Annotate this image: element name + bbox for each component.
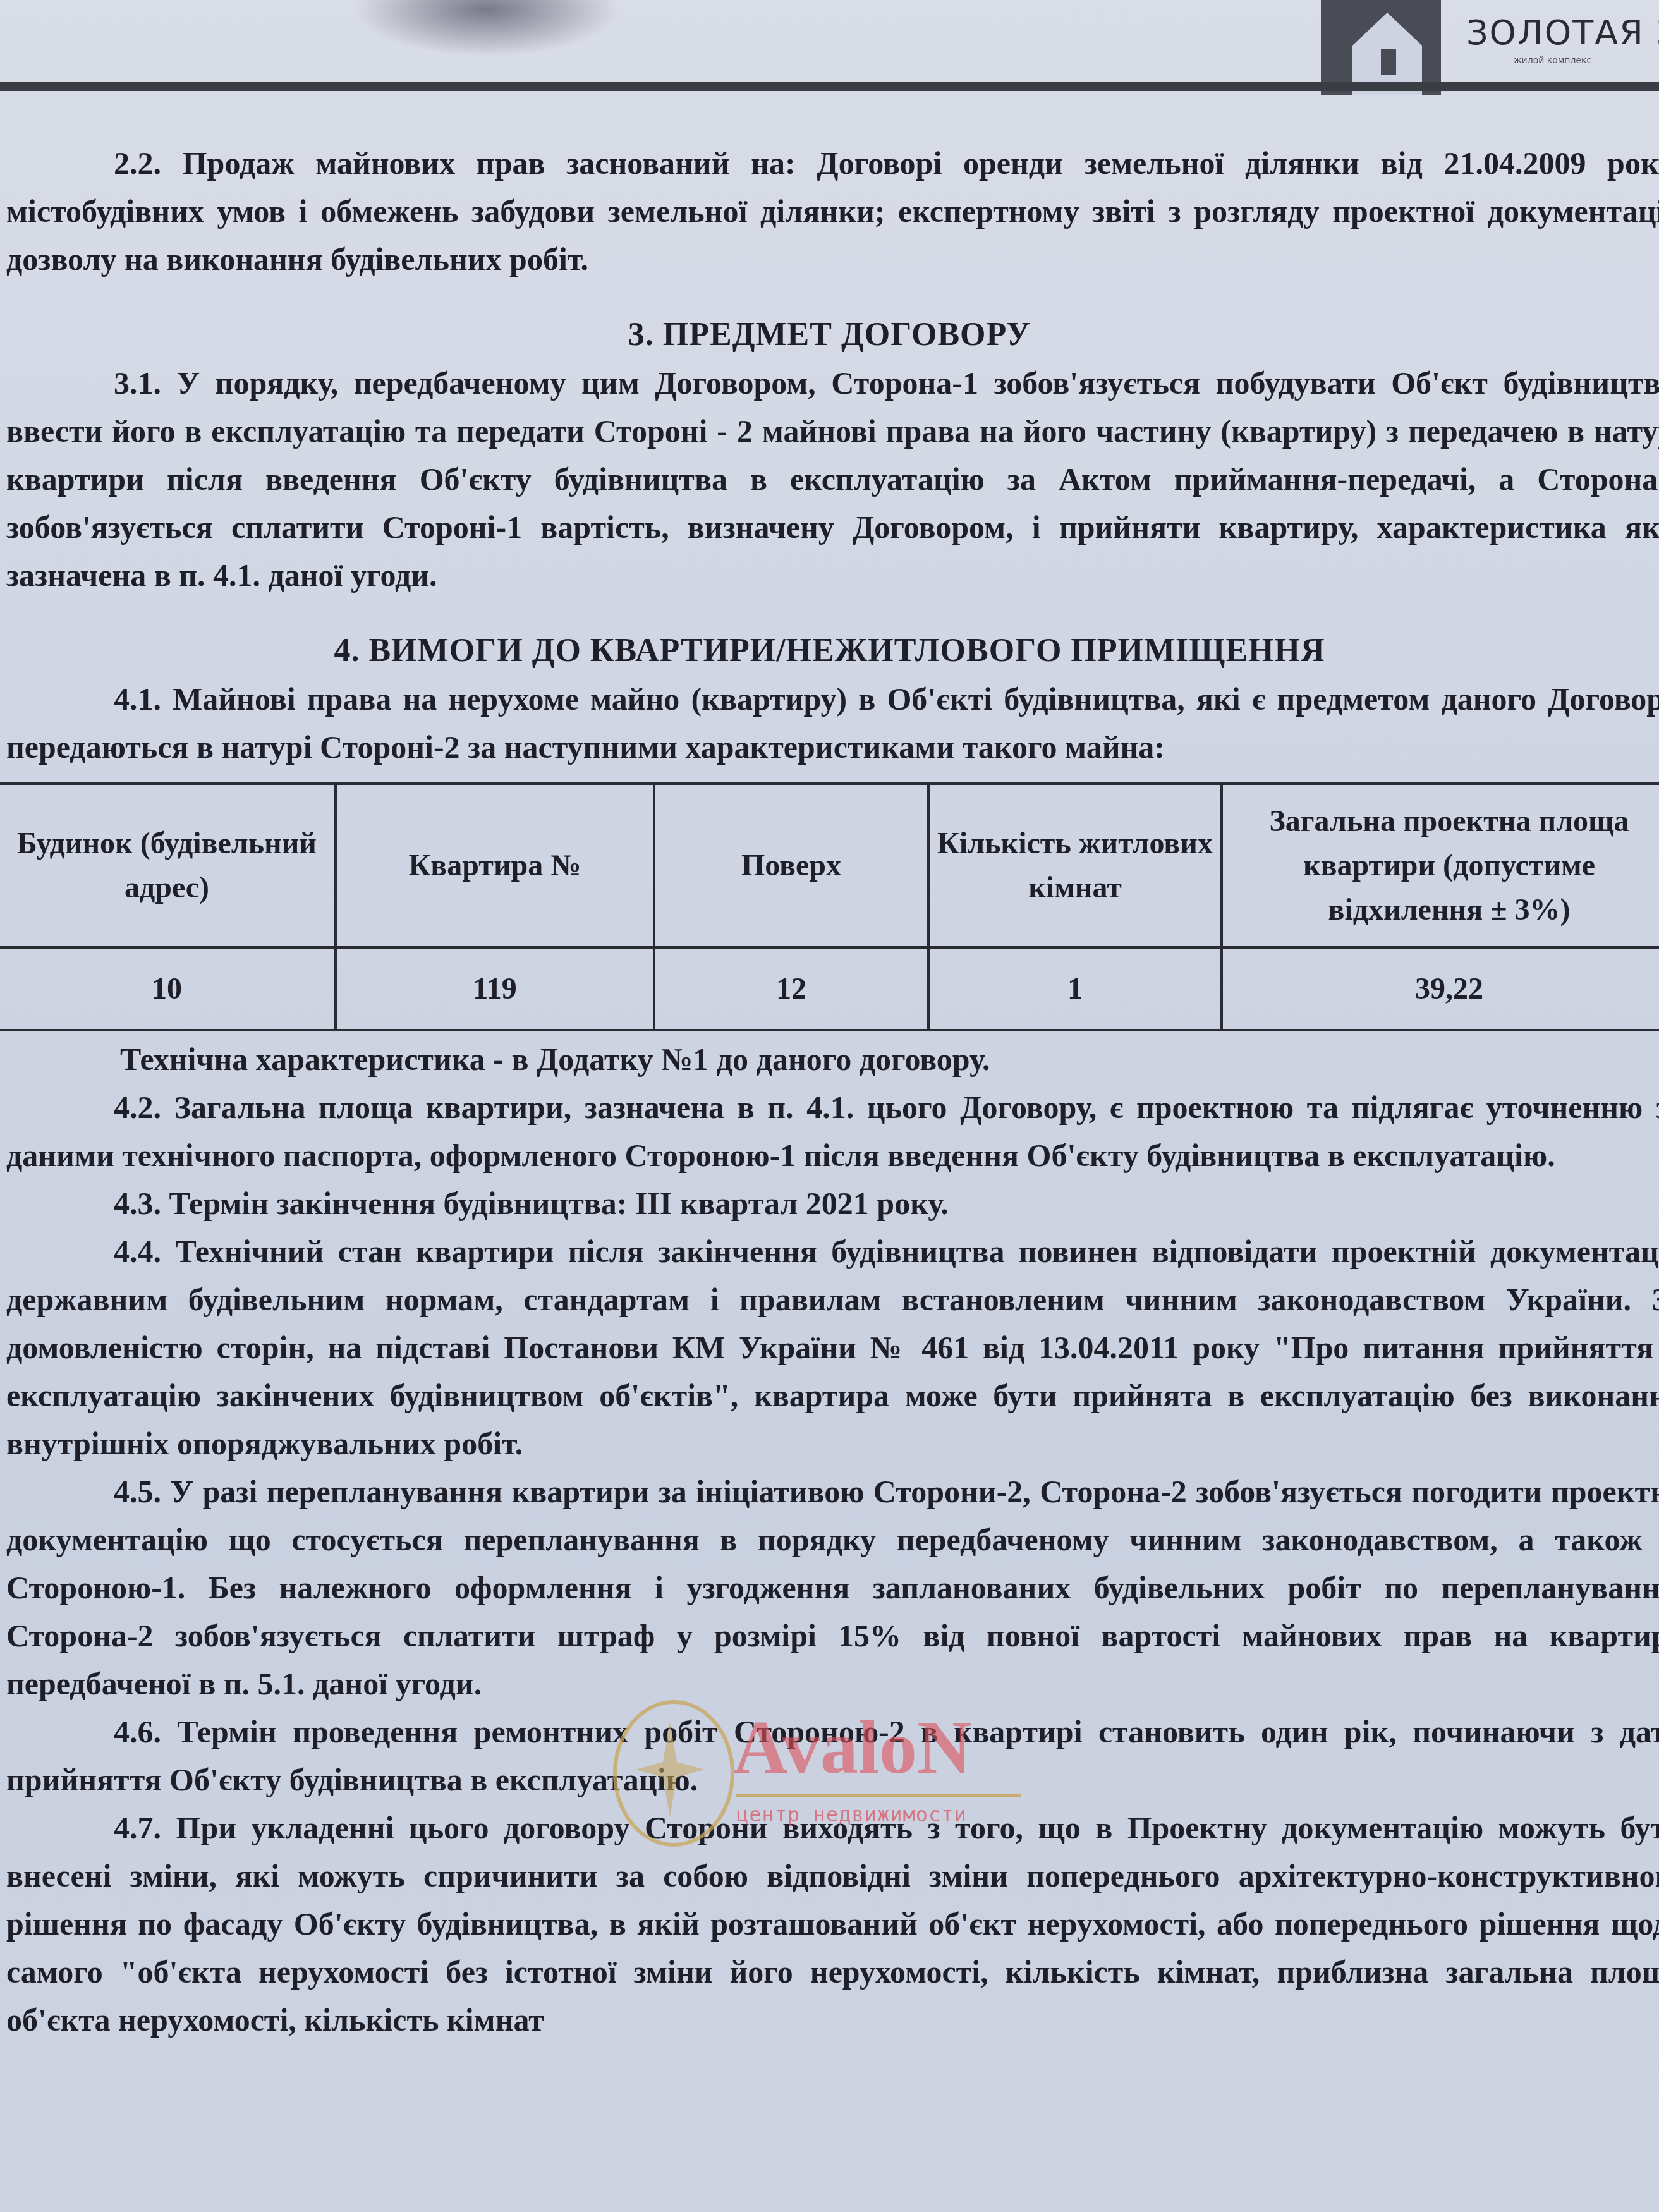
clause-3-1: 3.1. У порядку, передбаченому цим Догово… xyxy=(6,359,1659,599)
logo-text: ЗОЛОТАЯ З xyxy=(1466,13,1659,52)
clause-4-7: 4.7. При укладенні цього договору Сторон… xyxy=(6,1804,1659,2044)
developer-logo: ЗОЛОТАЯ З жилой комплекс xyxy=(1296,0,1659,95)
header-rule xyxy=(0,82,1659,91)
section-3-heading: 3. ПРЕДМЕТ ДОГОВОРУ xyxy=(0,311,1659,359)
clause-4-5: 4.5. У разі перепланування квартири за і… xyxy=(6,1468,1659,1708)
clause-4-2: 4.2. Загальна площа квартири, зазначена … xyxy=(6,1083,1659,1179)
cell-rooms: 1 xyxy=(928,947,1222,1030)
contract-body: 2.2. Продаж майнових прав заснований на:… xyxy=(0,139,1659,2044)
col-header-area: Загальна проектна площа квартири (допуст… xyxy=(1222,784,1659,947)
col-header-floor: Поверх xyxy=(654,784,928,947)
clause-4-1: 4.1. Майнові права на нерухоме майно (кв… xyxy=(6,675,1659,771)
col-header-apartment: Квартира № xyxy=(336,784,654,947)
paper-fold-shadow xyxy=(354,0,619,57)
cell-area: 39,22 xyxy=(1222,947,1659,1030)
apartment-spec-table: Будинок (будівельний адрес) Квартира № П… xyxy=(0,782,1659,1031)
logo-subtext: жилой комплекс xyxy=(1514,56,1591,66)
cell-apartment: 119 xyxy=(336,947,654,1030)
col-header-rooms: Кількість житлових кімнат xyxy=(928,784,1222,947)
table-row: 10 119 12 1 39,22 xyxy=(0,947,1659,1030)
clause-4-6: 4.6. Термін проведення ремонтних робіт С… xyxy=(6,1708,1659,1804)
table-note: Технічна характеристика - в Додатку №1 д… xyxy=(120,1035,1659,1083)
cell-floor: 12 xyxy=(654,947,928,1030)
section-4-heading: 4. ВИМОГИ ДО КВАРТИРИ/НЕЖИТЛОВОГО ПРИМІЩ… xyxy=(0,627,1659,675)
table-header-row: Будинок (будівельний адрес) Квартира № П… xyxy=(0,784,1659,947)
house-icon xyxy=(1296,0,1454,95)
clause-4-4: 4.4. Технічний стан квартири після закін… xyxy=(6,1227,1659,1468)
cell-building: 10 xyxy=(0,947,336,1030)
col-header-building: Будинок (будівельний адрес) xyxy=(0,784,336,947)
clause-4-3: 4.3. Термін закінчення будівництва: III … xyxy=(6,1179,1659,1227)
clause-2-2: 2.2. Продаж майнових прав заснований на:… xyxy=(6,139,1659,283)
